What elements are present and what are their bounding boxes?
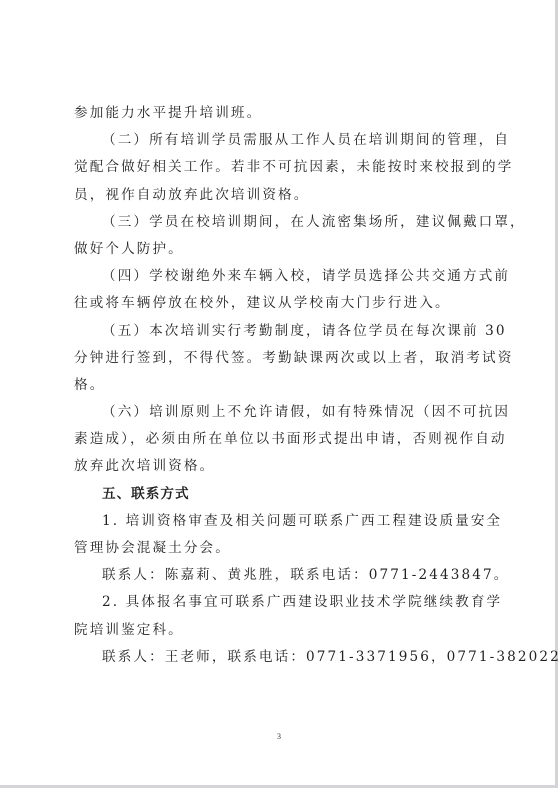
contact-line: 联系人：王老师，联系电话：0771-3371956，0771-3820223。 xyxy=(74,644,488,671)
text-line: 员，视作自动放弃此次培训资格。 xyxy=(74,182,488,209)
text-line: 放弃此次培训资格。 xyxy=(74,453,488,480)
text-line: 往或将车辆停放在校外，建议从学校南大门步行进入。 xyxy=(74,290,488,317)
text-line: 做好个人防护。 xyxy=(74,236,488,263)
contact-line: 联系人：陈嘉莉、黄兆胜，联系电话：0771-2443847。 xyxy=(74,562,488,589)
text-line: 素造成），必须由所在单位以书面形式提出申请，否则视作自动 xyxy=(74,426,488,453)
document-body: 参加能力水平提升培训班。 （二）所有培训学员需服从工作人员在培训期间的管理，自 … xyxy=(74,100,488,671)
page-number: 3 xyxy=(0,732,558,741)
text-line: 格。 xyxy=(74,372,488,399)
text-line: 觉配合做好相关工作。若非不可抗因素，未能按时来校报到的学 xyxy=(74,154,488,181)
text-line: （三）学员在校培训期间，在人流密集场所，建议佩戴口罩， xyxy=(74,209,488,236)
document-page: 参加能力水平提升培训班。 （二）所有培训学员需服从工作人员在培训期间的管理，自 … xyxy=(0,0,558,788)
text-line: 1. 培训资格审查及相关问题可联系广西工程建设质量安全 xyxy=(74,508,488,535)
text-line: 参加能力水平提升培训班。 xyxy=(74,100,488,127)
text-line: 2. 具体报名事宜可联系广西建设职业技术学院继续教育学 xyxy=(74,589,488,616)
text-line: 院培训鉴定科。 xyxy=(74,617,488,644)
text-line: （四）学校谢绝外来车辆入校，请学员选择公共交通方式前 xyxy=(74,263,488,290)
text-line: 分钟进行签到，不得代签。考勤缺课两次或以上者，取消考试资 xyxy=(74,345,488,372)
text-line: 管理协会混凝土分会。 xyxy=(74,535,488,562)
text-line: （六）培训原则上不允许请假，如有特殊情况（因不可抗因 xyxy=(74,399,488,426)
section-heading: 五、联系方式 xyxy=(74,481,488,508)
text-line: （五）本次培训实行考勤制度，请各位学员在每次课前 30 xyxy=(74,318,488,345)
text-line: （二）所有培训学员需服从工作人员在培训期间的管理，自 xyxy=(74,127,488,154)
